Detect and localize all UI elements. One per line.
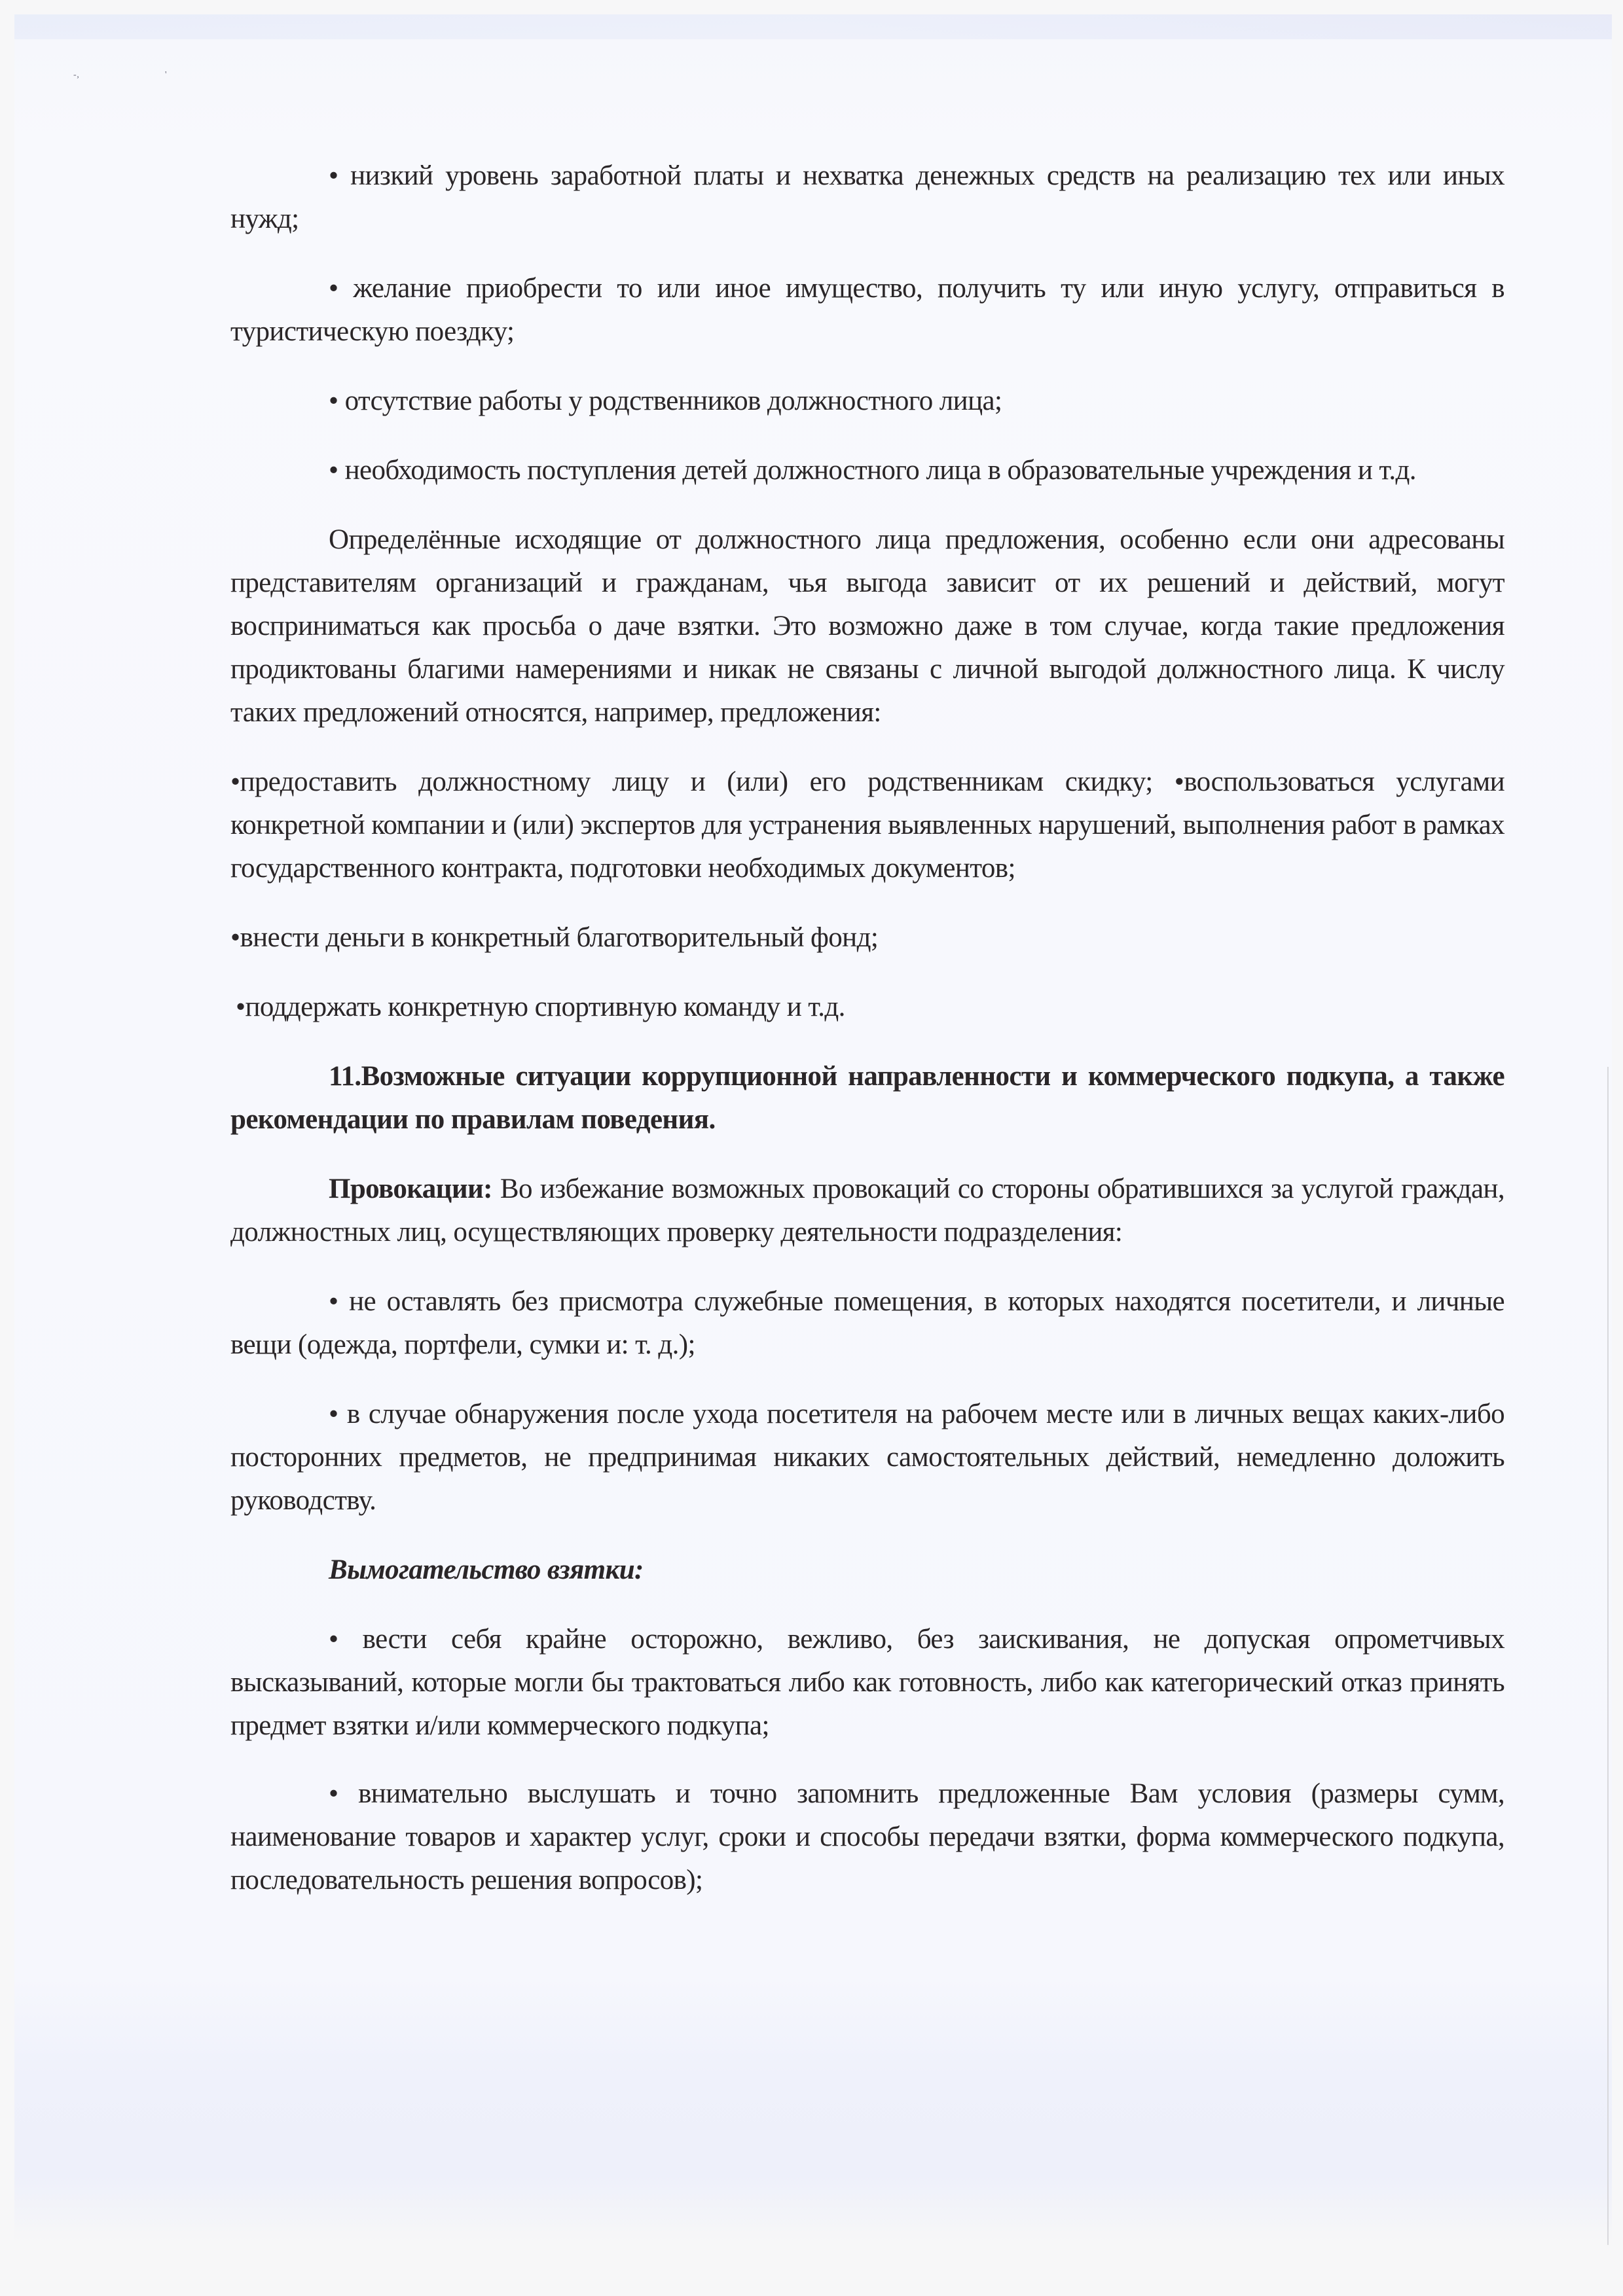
scan-top-band [14,14,1612,39]
section-heading: 11.Возможные ситуации коррупционной напр… [230,1055,1504,1141]
offer-item-charity: •внести деньги в конкретный благотворите… [230,916,1504,960]
provocation-item-foreign-objects: • в случае обнаружения после ухода посет… [230,1393,1504,1522]
bullet-desire-property: • желание приобрести то или иное имущест… [230,267,1504,353]
paragraph-offers: Определённые исходящие от должностного л… [230,518,1504,734]
provocations-paragraph: Провокации: Во избежание возможных прово… [230,1168,1504,1254]
offer-item-discount-services: •предоставить должностному лицу и (или) … [230,761,1504,890]
provocations-label: Провокации: [329,1174,492,1204]
extortion-item-listen-remember: • внимательно выслушать и точно запомнит… [230,1772,1504,1902]
extortion-heading: Вымогательство взятки: [230,1549,1504,1592]
document-body: • низкий уровень заработной платы и нехв… [230,154,1504,1902]
scan-speck: ' [165,71,167,80]
scan-edge-line [1607,1067,1609,2245]
offer-item-sports-team: •поддержать конкретную спортивную команд… [230,986,1504,1029]
scan-speck: ‑‚ [73,71,79,80]
bullet-children-education: • необходимость поступления детей должно… [230,449,1504,492]
provocation-item-unattended: • не оставлять без присмотра служебные п… [230,1280,1504,1367]
extortion-item-behave-carefully: • вести себя крайне осторожно, вежливо, … [230,1618,1504,1748]
bullet-low-salary: • низкий уровень заработной платы и нехв… [230,154,1504,241]
bullet-relatives-unemployed: • отсутствие работы у родственников долж… [230,380,1504,423]
